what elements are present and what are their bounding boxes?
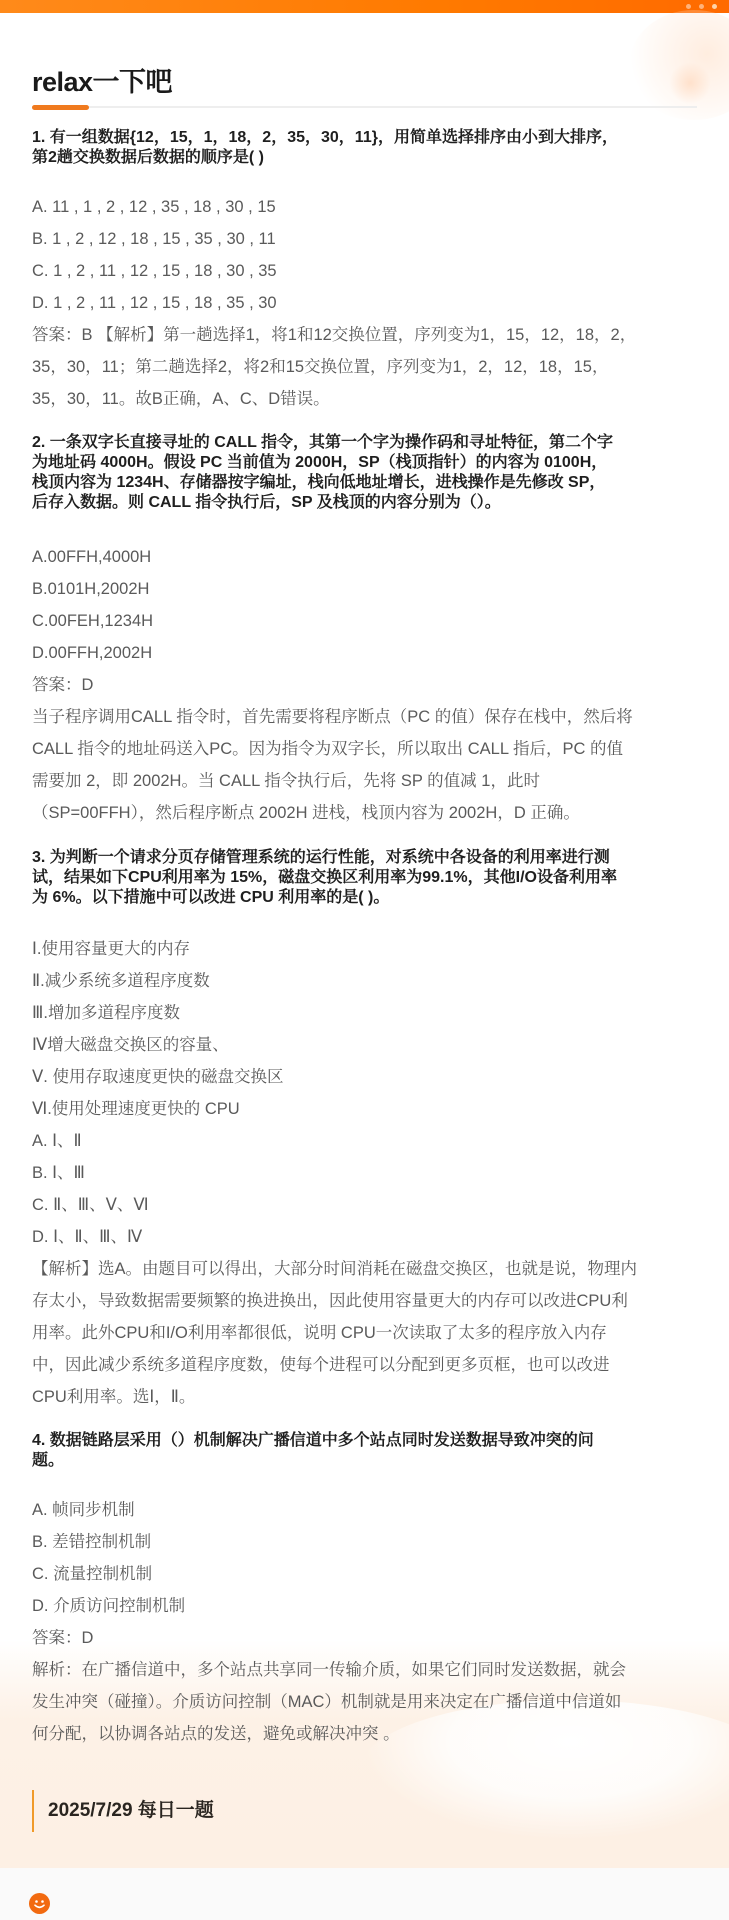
explanation-line: （SP=00FFH），然后程序断点 2002H 进栈，栈顶内容为 2002H，D… (32, 797, 702, 829)
measure-3: Ⅲ.增加多道程序度数 (32, 997, 702, 1029)
option-a: A. 帧同步机制 (32, 1494, 702, 1526)
answer-text: 答案：D (32, 669, 702, 701)
question-title-line: 2. 一条双字长直接寻址的 CALL 指令，其第一个字为操作码和寻址特征，第二个… (32, 433, 697, 453)
explanation-line: 当子程序调用CALL 指令时，首先需要将程序断点（PC 的值）保存在栈中，然后将 (32, 701, 702, 733)
explanation-line: 何分配，以协调各站点的发送，避免或解决冲突 。 (32, 1718, 702, 1750)
page-title: relax一下吧 (32, 60, 172, 99)
question-title-line: 3. 为判断一个请求分页存储管理系统的运行性能，对系统中各设备的利用率进行测 (32, 848, 697, 868)
top-accent-bar (0, 0, 729, 13)
explanation-line: 35，30，11；第二趟选择2，将2和15交换位置，序列变为1，2，12，18，… (32, 351, 702, 383)
explanation-line: CPU利用率。选Ⅰ，Ⅱ。 (32, 1381, 702, 1413)
question-3-explanation: 【解析】选A。由题目可以得出，大部分时间消耗在磁盘交换区，也就是说，物理内 存太… (32, 1253, 702, 1413)
explanation-line: 发生冲突（碰撞）。介质访问控制（MAC）机制就是用来决定在广播信道中信道如 (32, 1686, 702, 1718)
option-c: C. 流量控制机制 (32, 1558, 702, 1590)
explanation-line: 35，30，11。故B正确，A、C、D错误。 (32, 383, 702, 415)
title-divider (32, 106, 697, 108)
question-title-line: 4. 数据链路层采用（）机制解决广播信道中多个站点同时发送数据导致冲突的问 (32, 1431, 697, 1451)
question-1-explanation: 答案：B 【解析】第一趟选择1，将1和12交换位置，序列变为1，15，12，18… (32, 319, 702, 415)
question-title-line: 1. 有一组数据{12，15，1，18，2，35，30，11}，用简单选择排序由… (32, 128, 697, 148)
option-b: B.0101H,2002H (32, 573, 702, 605)
option-c: C. Ⅱ、Ⅲ、Ⅴ、Ⅵ (32, 1189, 702, 1221)
measure-2: Ⅱ.减少系统多道程序度数 (32, 965, 702, 997)
question-2-title: 2. 一条双字长直接寻址的 CALL 指令，其第一个字为操作码和寻址特征，第二个… (32, 433, 697, 513)
option-a: A. Ⅰ、Ⅱ (32, 1125, 702, 1157)
window-dots (686, 4, 717, 9)
option-d: D. Ⅰ、Ⅱ、Ⅲ、Ⅳ (32, 1221, 702, 1253)
question-title-line: 第2趟交换数据后数据的顺序是( ) (32, 148, 697, 168)
option-d: D. 1 , 2 , 11 , 12 , 15 , 18 , 35 , 30 (32, 287, 702, 319)
answer-text: 答案：D (32, 1622, 702, 1654)
option-b: B. Ⅰ、Ⅲ (32, 1157, 702, 1189)
explanation-line: 答案：B 【解析】第一趟选择1，将1和12交换位置，序列变为1，15，12，18… (32, 319, 702, 351)
decorative-circle (669, 62, 711, 104)
question-2-explanation: 当子程序调用CALL 指令时，首先需要将程序断点（PC 的值）保存在栈中，然后将… (32, 701, 702, 829)
measure-4: Ⅳ增大磁盘交换区的容量、 (32, 1029, 702, 1061)
question-title-line: 为 6%。以下措施中可以改进 CPU 利用率的是( )。 (32, 888, 697, 908)
explanation-line: 存太小，导致数据需要频繁的换进换出，因此使用容量更大的内存可以改进CPU利 (32, 1285, 702, 1317)
question-title-line: 栈顶内容为 1234H、存储器按字编址，栈向低地址增长，进栈操作是先修改 SP， (32, 473, 697, 493)
question-title-line: 试，结果如下CPU利用率为 15%，磁盘交换区利用率为99.1%，其他I/O设备… (32, 868, 697, 888)
option-c: C.00FEH,1234H (32, 605, 702, 637)
measure-6: Ⅵ.使用处理速度更快的 CPU (32, 1093, 702, 1125)
question-3-title: 3. 为判断一个请求分页存储管理系统的运行性能，对系统中各设备的利用率进行测 试… (32, 848, 697, 908)
option-b: B. 差错控制机制 (32, 1526, 702, 1558)
question-4-title: 4. 数据链路层采用（）机制解决广播信道中多个站点同时发送数据导致冲突的问 题。 (32, 1431, 697, 1471)
option-c: C. 1 , 2 , 11 , 12 , 15 , 18 , 30 , 35 (32, 255, 702, 287)
footer-bar (0, 1868, 729, 1920)
daily-question-date: 2025/7/29 每日一题 (32, 1790, 214, 1832)
explanation-line: 解析：在广播信道中，多个站点共享同一传输介质，如果它们同时发送数据，就会 (32, 1654, 702, 1686)
measure-1: Ⅰ.使用容量更大的内存 (32, 933, 702, 965)
explanation-line: 中，因此减少系统多道程序度数，使每个进程可以分配到更多页框，也可以改进 (32, 1349, 702, 1381)
option-a: A.00FFH,4000H (32, 541, 702, 573)
title-accent-bar (32, 105, 89, 110)
option-b: B. 1 , 2 , 12 , 18 , 15 , 35 , 30 , 11 (32, 223, 702, 255)
smile-icon[interactable] (29, 1893, 50, 1914)
option-a: A. 11 , 1 , 2 , 12 , 35 , 18 , 30 , 15 (32, 191, 702, 223)
explanation-line: CALL 指令的地址码送入PC。因为指令为双字长，所以取出 CALL 指后，PC… (32, 733, 702, 765)
question-1-title: 1. 有一组数据{12，15，1，18，2，35，30，11}，用简单选择排序由… (32, 128, 697, 168)
question-4-explanation: 解析：在广播信道中，多个站点共享同一传输介质，如果它们同时发送数据，就会 发生冲… (32, 1654, 702, 1750)
measure-5: Ⅴ. 使用存取速度更快的磁盘交换区 (32, 1061, 702, 1093)
question-title-line: 为地址码 4000H。假设 PC 当前值为 2000H，SP（栈顶指针）的内容为… (32, 453, 697, 473)
dot-icon (699, 4, 704, 9)
option-d: D.00FFH,2002H (32, 637, 702, 669)
question-title-line: 题。 (32, 1451, 697, 1471)
explanation-line: 用率。此外CPU和I/O利用率都很低，说明 CPU一次读取了太多的程序放入内存 (32, 1317, 702, 1349)
question-title-line: 后存入数据。则 CALL 指令执行后，SP 及栈顶的内容分别为（）。 (32, 493, 697, 513)
explanation-line: 【解析】选A。由题目可以得出，大部分时间消耗在磁盘交换区，也就是说，物理内 (32, 1253, 702, 1285)
dot-icon (686, 4, 691, 9)
dot-icon (712, 4, 717, 9)
option-d: D. 介质访问控制机制 (32, 1590, 702, 1622)
date-label: 2025/7/29 每日一题 (48, 1800, 214, 1821)
explanation-line: 需要加 2，即 2002H。当 CALL 指令执行后，先将 SP 的值减 1，此… (32, 765, 702, 797)
